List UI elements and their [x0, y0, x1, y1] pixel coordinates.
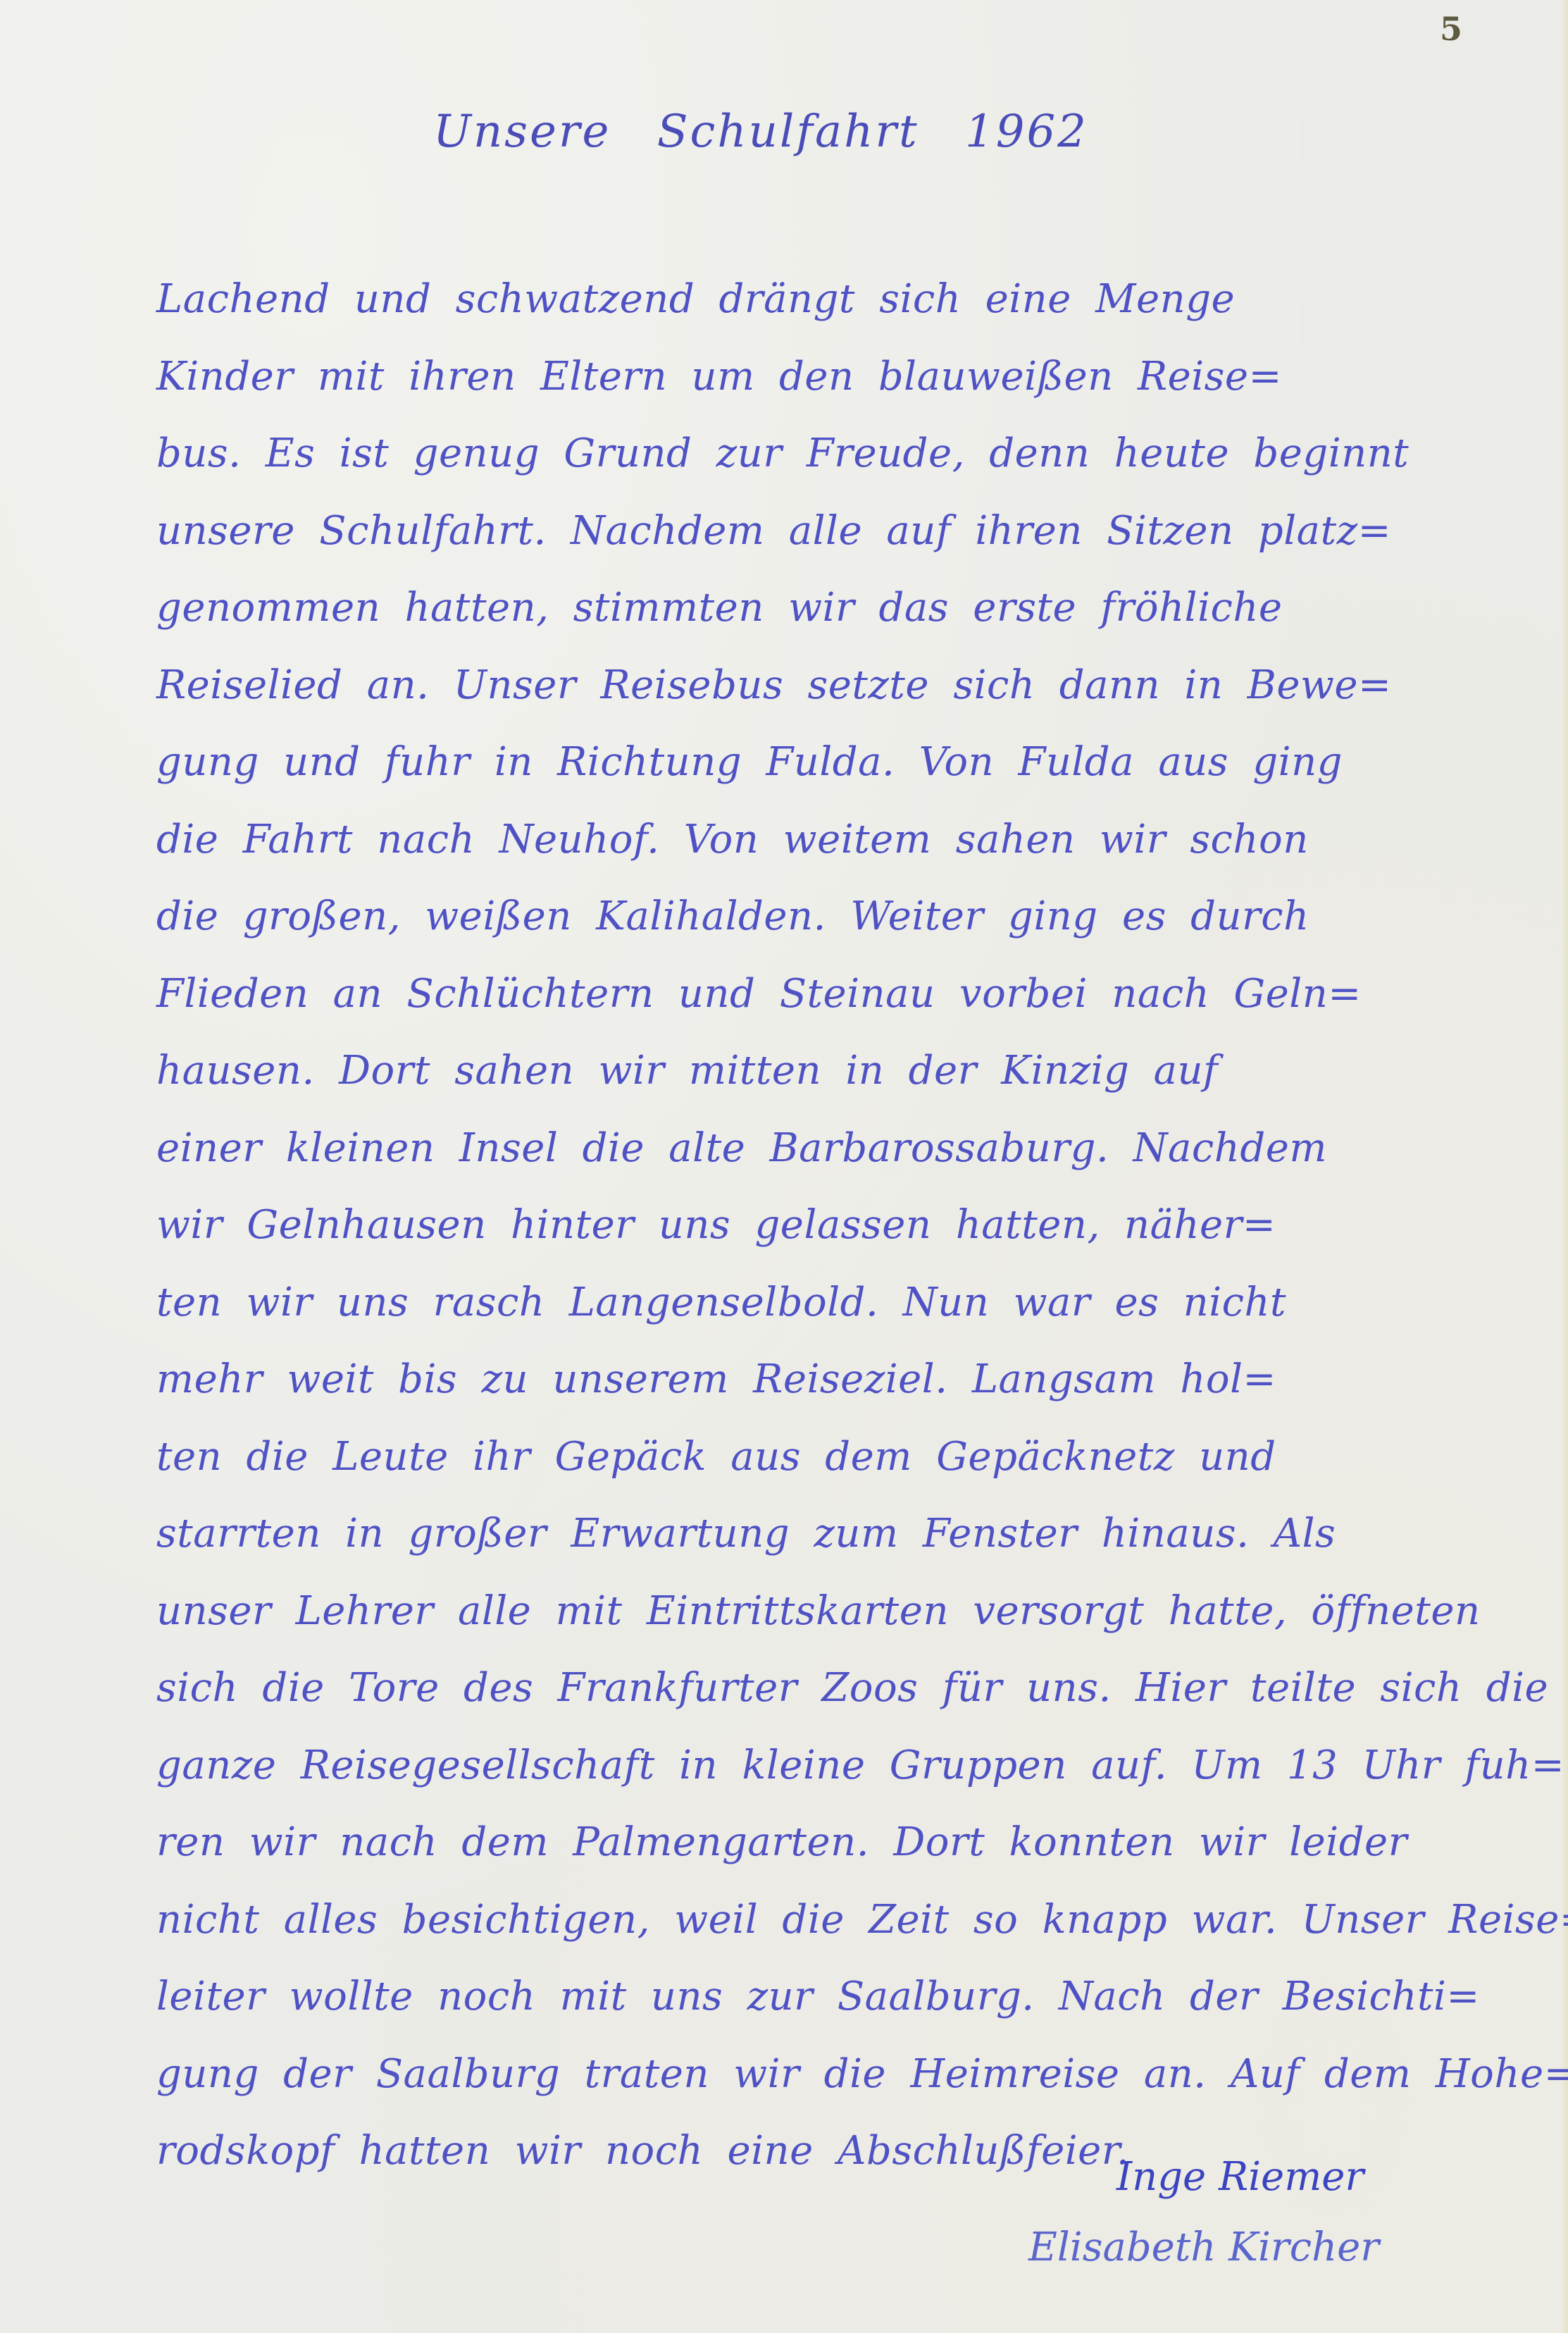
text-line: Kinder mit ihren Eltern um den blauweiße…: [156, 338, 1558, 416]
text-line: ten wir uns rasch Langenselbold. Nun war…: [156, 1264, 1558, 1342]
text-line: genommen hatten, stimmten wir das erste …: [156, 569, 1558, 647]
text-line: nicht alles besichtigen, weil die Zeit s…: [156, 1881, 1558, 1959]
text-line: unser Lehrer alle mit Eintrittskarten ve…: [156, 1573, 1558, 1650]
document-title: Unsere Schulfahrt 1962: [433, 106, 1088, 158]
text-line: gung und fuhr in Richtung Fulda. Von Ful…: [156, 724, 1558, 801]
signature-block: Inge Riemer Elisabeth Kircher: [1014, 2142, 1507, 2283]
text-line: ganze Reisegesellschaft in kleine Gruppe…: [156, 1727, 1558, 1805]
page-edge: [1561, 0, 1568, 2333]
text-line: ten die Leute ihr Gepäck aus dem Gepäckn…: [156, 1418, 1558, 1496]
text-line: gung der Saalburg traten wir die Heimrei…: [156, 2036, 1558, 2113]
signature-inge-riemer: Inge Riemer: [1116, 2142, 1507, 2213]
text-line: starrten in großer Erwartung zum Fenster…: [156, 1495, 1558, 1573]
text-line: unsere Schulfahrt. Nachdem alle auf ihre…: [156, 493, 1558, 570]
text-line: die Fahrt nach Neuhof. Von weitem sahen …: [156, 801, 1558, 879]
text-line: wir Gelnhausen hinter uns gelassen hatte…: [156, 1187, 1558, 1264]
text-line: Lachend und schwatzend drängt sich eine …: [156, 261, 1558, 338]
text-line: Flieden an Schlüchtern und Steinau vorbe…: [156, 955, 1558, 1033]
text-line: hausen. Dort sahen wir mitten in der Kin…: [156, 1032, 1558, 1110]
text-line: ren wir nach dem Palmengarten. Dort konn…: [156, 1804, 1558, 1881]
text-line: einer kleinen Insel die alte Barbarossab…: [156, 1110, 1558, 1187]
scanned-page: 5 Unsere Schulfahrt 1962 Lachend und sch…: [0, 0, 1568, 2333]
text-line: Reiselied an. Unser Reisebus setzte sich…: [156, 647, 1558, 724]
text-line: leiter wollte noch mit uns zur Saalburg.…: [156, 1958, 1558, 2036]
text-line: sich die Tore des Frankfurter Zoos für u…: [156, 1650, 1558, 1727]
text-line: bus. Es ist genug Grund zur Freude, denn…: [156, 415, 1558, 493]
page-number: 5: [1440, 10, 1462, 48]
handwritten-body: Lachend und schwatzend drängt sich eine …: [156, 261, 1558, 2190]
text-line: die großen, weißen Kalihalden. Weiter gi…: [156, 878, 1558, 955]
signature-elisabeth-kircher: Elisabeth Kircher: [1028, 2213, 1507, 2283]
text-line: mehr weit bis zu unserem Reiseziel. Lang…: [156, 1341, 1558, 1418]
